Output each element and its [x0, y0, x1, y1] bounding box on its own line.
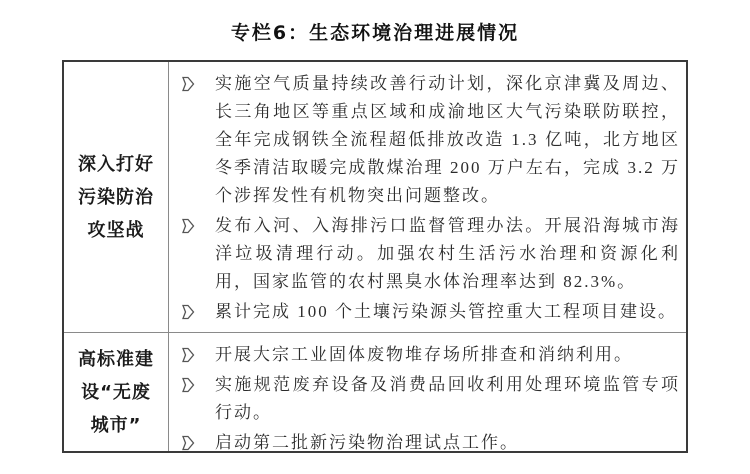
right-arrow-outline-icon	[181, 212, 215, 234]
row-header-pollution-battle: 深入打好 污染防治 攻坚战	[64, 62, 169, 332]
bullet-text: 开展大宗工业固体废物堆存场所排查和消纳利用。	[215, 341, 680, 369]
row-content: 实施空气质量持续改善行动计划，深化京津冀及周边、长三角地区等重点区域和成渝地区大…	[169, 62, 686, 332]
progress-table: 深入打好 污染防治 攻坚战 实施空气质量持续改善行动计划，深化京津冀及周边、长三…	[62, 60, 688, 453]
row-content: 开展大宗工业固体废物堆存场所排查和消纳利用。 实施规范废弃设备及消费品回收利用处…	[169, 333, 686, 451]
right-arrow-outline-icon	[181, 371, 215, 393]
list-item: 启动第二批新污染物治理试点工作。	[181, 429, 680, 457]
right-arrow-outline-icon	[181, 70, 215, 92]
header-line: 设“无废	[81, 376, 151, 409]
row-header-no-waste-city: 高标准建 设“无废 城市”	[64, 333, 169, 451]
right-arrow-outline-icon	[181, 429, 215, 451]
list-item: 实施规范废弃设备及消费品回收利用处理环境监管专项行动。	[181, 371, 680, 427]
right-arrow-outline-icon	[181, 341, 215, 363]
bullet-text: 发布入河、入海排污口监督管理办法。开展沿海城市海洋垃圾清理行动。加强农村生活污水…	[215, 212, 680, 296]
list-item: 累计完成 100 个土壤污染源头管控重大工程项目建设。	[181, 298, 680, 326]
header-line: 污染防治	[78, 181, 154, 214]
table-row: 高标准建 设“无废 城市” 开展大宗工业固体废物堆存场所排查和消纳利用。	[64, 333, 686, 451]
right-arrow-outline-icon	[181, 298, 215, 320]
bullet-text: 启动第二批新污染物治理试点工作。	[215, 429, 680, 457]
header-line: 深入打好	[78, 148, 154, 181]
list-item: 实施空气质量持续改善行动计划，深化京津冀及周边、长三角地区等重点区域和成渝地区大…	[181, 70, 680, 210]
page-title: 专栏6：生态环境治理进展情况	[0, 18, 750, 45]
header-line: 城市”	[91, 409, 142, 442]
document-page: 专栏6：生态环境治理进展情况 深入打好 污染防治 攻坚战 实施空气质量持续改善行…	[0, 0, 750, 474]
bullet-text: 累计完成 100 个土壤污染源头管控重大工程项目建设。	[215, 298, 680, 326]
bullet-text: 实施规范废弃设备及消费品回收利用处理环境监管专项行动。	[215, 371, 680, 427]
list-item: 开展大宗工业固体废物堆存场所排查和消纳利用。	[181, 341, 680, 369]
header-line: 高标准建	[78, 343, 154, 376]
bullet-text: 实施空气质量持续改善行动计划，深化京津冀及周边、长三角地区等重点区域和成渝地区大…	[215, 70, 680, 210]
table-row: 深入打好 污染防治 攻坚战 实施空气质量持续改善行动计划，深化京津冀及周边、长三…	[64, 62, 686, 333]
header-line: 攻坚战	[88, 214, 145, 247]
list-item: 发布入河、入海排污口监督管理办法。开展沿海城市海洋垃圾清理行动。加强农村生活污水…	[181, 212, 680, 296]
